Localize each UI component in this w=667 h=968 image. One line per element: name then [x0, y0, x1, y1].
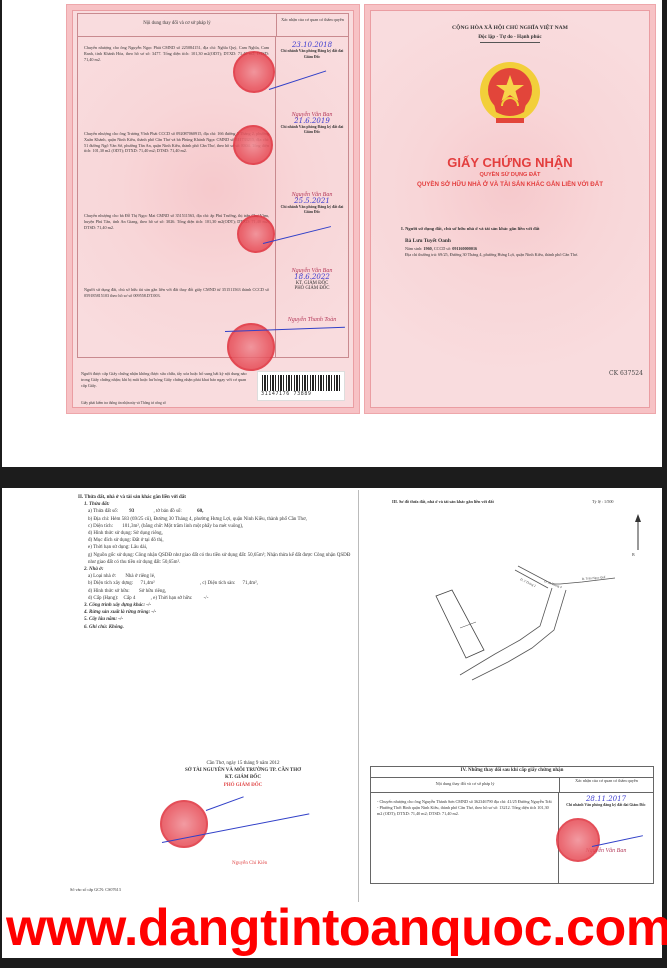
land-item: g) Nguồn gốc sử dụng: Công nhận QSDĐ như… [78, 552, 354, 566]
land-item: d) Hình thức sử dụng: Sử dụng riêng, [78, 530, 354, 537]
issuer-role-2: PHÓ GIÁM ĐỐC [138, 782, 348, 789]
house-item: d) Hình thức sở hữu: Sở hữu riêng, [78, 588, 354, 595]
entry-office: Chi nhánh Văn phòng Đăng ký đất đai Giám… [279, 205, 345, 217]
owner-id: 091160000016 [452, 246, 477, 251]
land-item: e) Thời hạn sử dụng: Lâu dài, [78, 544, 354, 551]
issuer-name: SỞ TÀI NGUYÊN VÀ MÔI TRƯỜNG TP. CẦN THƠ [138, 767, 348, 774]
header-content: Nội dung thay đổi và cơ sở pháp lý [371, 778, 560, 792]
certificate-title: GIẤY CHỨNG NHẬN [365, 155, 655, 170]
change-entry: Chuyển nhượng cho ông Trương Vĩnh Phát C… [78, 105, 348, 185]
certificate-subtitle-2: QUYỀN SỞ HỮU NHÀ Ở VÀ TÀI SẢN KHÁC GẮN L… [365, 181, 655, 188]
red-seal [233, 51, 275, 93]
red-seal [556, 818, 600, 862]
barcode-number: 31147176 73889 [261, 391, 312, 397]
section-1-heading: I. Người sử dụng đất, chủ sở hữu nhà ở v… [401, 226, 651, 233]
certificate-cover-page: CỘNG HÒA XÃ HỘI CHỦ NGHĨA VIỆT NAM Độc l… [364, 4, 656, 414]
house-heading: 2. Nhà ở: [78, 566, 354, 573]
changes-table: Nội dung thay đổi và cơ sở pháp lý Xác n… [77, 13, 349, 358]
serial-number: CK 637524 [609, 370, 643, 377]
red-seal [233, 125, 273, 165]
house-item: a) Loại nhà ở: Nhà ở riêng lẻ, [78, 573, 354, 580]
land-plot-diagram: Đ. 3 Tháng 2 Đ. 30 Tháng 4 Đ. Trần Ngọc … [360, 510, 660, 690]
issuer-signer: Nguyễn Chí Kiên [232, 860, 267, 867]
owner-name: Bà Lưu Tuyết Oanh [405, 238, 451, 244]
registry-number: Số vào sổ cấp GCN: CS07613 [70, 887, 121, 893]
national-emblem-icon [474, 58, 546, 130]
other-item: 3. Công trình xây dựng khác: -/- [78, 602, 354, 609]
change-entry: Chuyển nhượng cho bà Đỗ Thị Ngọc Mai CMN… [78, 185, 348, 265]
section-4-heading: IV. Những thay đổi sau khi cấp giấy chứn… [371, 767, 653, 778]
section-2-heading: II. Thửa đất, nhà ở và tài sản khác gắn … [78, 494, 354, 501]
issue-place-date: Cần Thơ, ngày 15 tháng 9 năm 2012 [138, 760, 348, 767]
entry-office: Chi nhánh Văn phòng đăng ký đất đai Giám… [559, 803, 653, 809]
land-item: c) Diện tích: 101,3m², (bằng chữ: Một tr… [78, 523, 354, 530]
entry-office: Chi nhánh Văn phòng Đăng ký đất đai Giám… [279, 49, 345, 61]
nation-name: CỘNG HÒA XÃ HỘI CHỦ NGHĨA VIỆT NAM [365, 25, 655, 31]
change-entry: Chuyển nhượng cho ông Nguyễn Ngọc Phát C… [78, 37, 348, 105]
header-confirm: Xác nhận của cơ quan có thẩm quyền [277, 14, 348, 36]
svg-text:Đ. 30 Tháng 4: Đ. 30 Tháng 4 [544, 579, 563, 589]
watermark-url: www.dangtintoanquoc.com [6, 898, 667, 958]
entry-text: - Chuyển nhượng cho ông Nguyễn Thành Sơn… [371, 793, 559, 883]
land-heading: 1. Thửa đất: [78, 501, 354, 508]
signature-stroke [206, 796, 244, 811]
land-item: b) Địa chỉ: Hẻm 583 (69/25 cũ), Đường 30… [78, 516, 354, 523]
footer-note-2: Giấy phải kiểm tra thông tin nhận này và… [81, 401, 251, 407]
house-item: b) Diện tích xây dựng: 71,4m² , c) Diện … [78, 580, 354, 587]
section-3-heading: III. Sơ đồ thửa đất, nhà ở và tài sản kh… [392, 499, 494, 505]
map-scale: Tỷ lệ : 1/500 [592, 499, 614, 505]
change-entry: Người sử dụng đất, chủ sở hữu tài sản gắ… [78, 265, 348, 357]
other-item: 5. Cây lâu năm: -/- [78, 616, 354, 623]
footer-note: Người được cấp Giấy chứng nhận không đượ… [81, 371, 251, 388]
header-content: Nội dung thay đổi và cơ sở pháp lý [78, 14, 277, 36]
entry-signer: Nguyễn Thanh Toàn [279, 318, 345, 324]
section-4-table: IV. Những thay đổi sau khi cấp giấy chứn… [370, 766, 654, 884]
land-item: đ) Mục đích sử dụng: Đất ở tại đô thị, [78, 537, 354, 544]
certificate-page-land-details: II. Thửa đất, nhà ở và tài sản khác gắn … [66, 490, 359, 902]
owner-address: Địa chỉ thường trú: 69/25, Đường 30 Thán… [405, 252, 647, 258]
entry-office-line: PHÓ GIÁM ĐỐC [279, 286, 345, 292]
motto-underline [480, 42, 540, 43]
house-item: d) Cấp (Hạng): Cấp 4 , e) Thời hạn sở hữ… [78, 595, 354, 602]
svg-text:Đ. 3 Tháng 2: Đ. 3 Tháng 2 [520, 577, 537, 588]
certificate-page-map: III. Sơ đồ thửa đất, nhà ở và tài sản kh… [360, 490, 660, 902]
other-item: 4. Rừng sản xuất là rừng trồng: -/- [78, 609, 354, 616]
svg-text:Đ. Trần Ngọc Quế: Đ. Trần Ngọc Quế [582, 575, 606, 581]
barcode: 31147176 73889 [257, 371, 345, 401]
certificate-page-changes: Nội dung thay đổi và cơ sở pháp lý Xác n… [66, 4, 360, 414]
header-confirm: Xác nhận của cơ quan có thẩm quyền [560, 778, 653, 792]
issuer-role-1: KT. GIÁM ĐỐC [138, 774, 348, 781]
owner-birth-id: Năm sinh: 1960, CCCD số: 091160000016 [405, 246, 645, 252]
other-item: 6. Ghi chú: Không. [78, 624, 354, 631]
motto: Độc lập - Tự do - Hạnh phúc [365, 34, 655, 40]
red-seal [237, 215, 275, 253]
certificate-subtitle-1: QUYỀN SỬ DỤNG ĐẤT [365, 172, 655, 178]
land-item: a) Thửa đất số: 93 , tờ bản đồ số: 60, [78, 508, 354, 515]
north-label: B [632, 552, 635, 558]
owner-birth: 1960, [423, 246, 432, 251]
entry-office: Chi nhánh Văn phòng Đăng ký đất đai Giám… [279, 125, 345, 137]
